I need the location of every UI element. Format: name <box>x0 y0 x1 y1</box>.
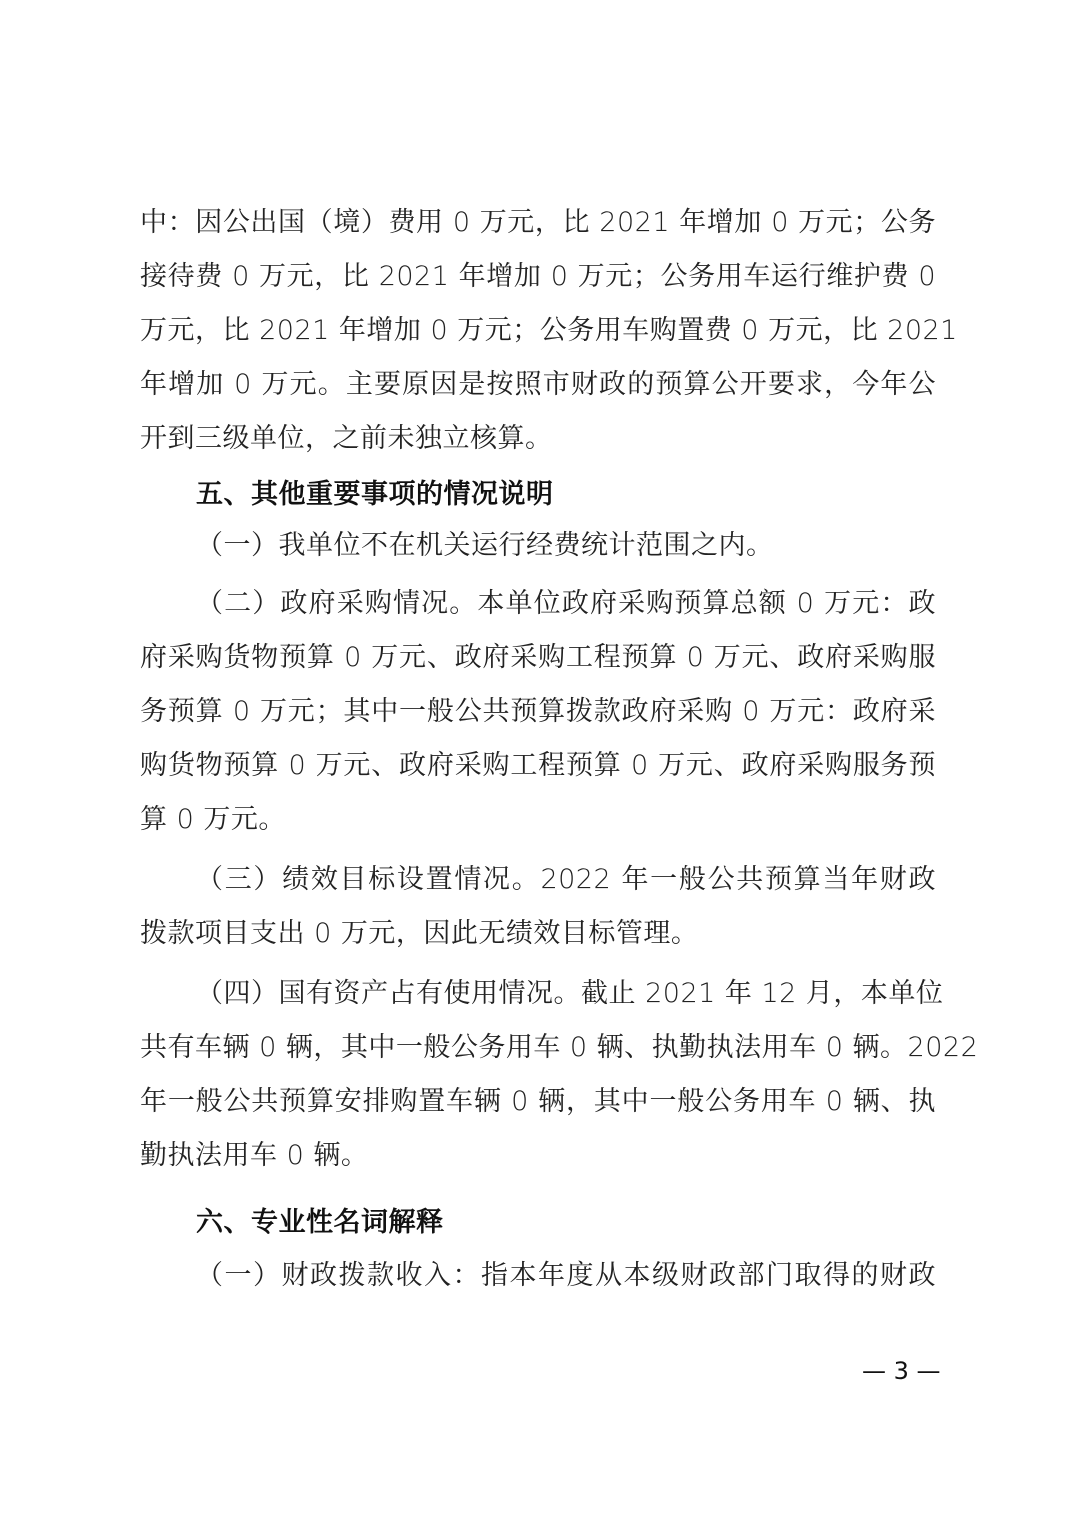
section-heading-5: 五、其他重要事项的情况说明 <box>196 475 554 515</box>
body-line: 年增加 0 万元。主要原因是按照市财政的预算公开要求，今年公 <box>140 365 936 405</box>
body-line: 开到三级单位，之前未独立核算。 <box>140 419 936 459</box>
section5-item4-line: 年一般公共预算安排购置车辆 0 辆，其中一般公务用车 0 辆、执 <box>140 1082 936 1122</box>
body-line: 接待费 0 万元，比 2021 年增加 0 万元；公务用车运行维护费 0 <box>140 257 936 297</box>
body-line: 万元，比 2021 年增加 0 万元；公务用车购置费 0 万元，比 2021 <box>140 311 936 351</box>
section5-item4-line: 共有车辆 0 辆，其中一般公务用车 0 辆、执勤执法用车 0 辆。2022 <box>140 1028 936 1068</box>
section5-item4-line: 勤执法用车 0 辆。 <box>140 1136 936 1176</box>
section5-item2-line: 务预算 0 万元；其中一般公共预算拨款政府采购 0 万元：政府采 <box>140 692 936 732</box>
section5-item2-line: 算 0 万元。 <box>140 800 936 840</box>
section5-item3-line: （三）绩效目标设置情况。2022 年一般公共预算当年财政 <box>196 860 936 900</box>
body-line: 中：因公出国（境）费用 0 万元，比 2021 年增加 0 万元；公务 <box>140 203 936 243</box>
page-number: — 3 — <box>862 1356 941 1386</box>
section5-item1: （一）我单位不在机关运行经费统计范围之内。 <box>196 526 936 566</box>
section5-item2-line: （二）政府采购情况。本单位政府采购预算总额 0 万元：政 <box>196 584 936 624</box>
section5-item2-line: 购货物预算 0 万元、政府采购工程预算 0 万元、政府采购服务预 <box>140 746 936 786</box>
section5-item4-line: （四）国有资产占有使用情况。截止 2021 年 12 月，本单位 <box>196 974 936 1014</box>
section-heading-6: 六、专业性名词解释 <box>196 1203 444 1243</box>
section6-item1: （一）财政拨款收入：指本年度从本级财政部门取得的财政 <box>196 1256 936 1296</box>
section5-item2-line: 府采购货物预算 0 万元、政府采购工程预算 0 万元、政府采购服 <box>140 638 936 678</box>
section5-item3-line: 拨款项目支出 0 万元，因此无绩效目标管理。 <box>140 914 936 954</box>
